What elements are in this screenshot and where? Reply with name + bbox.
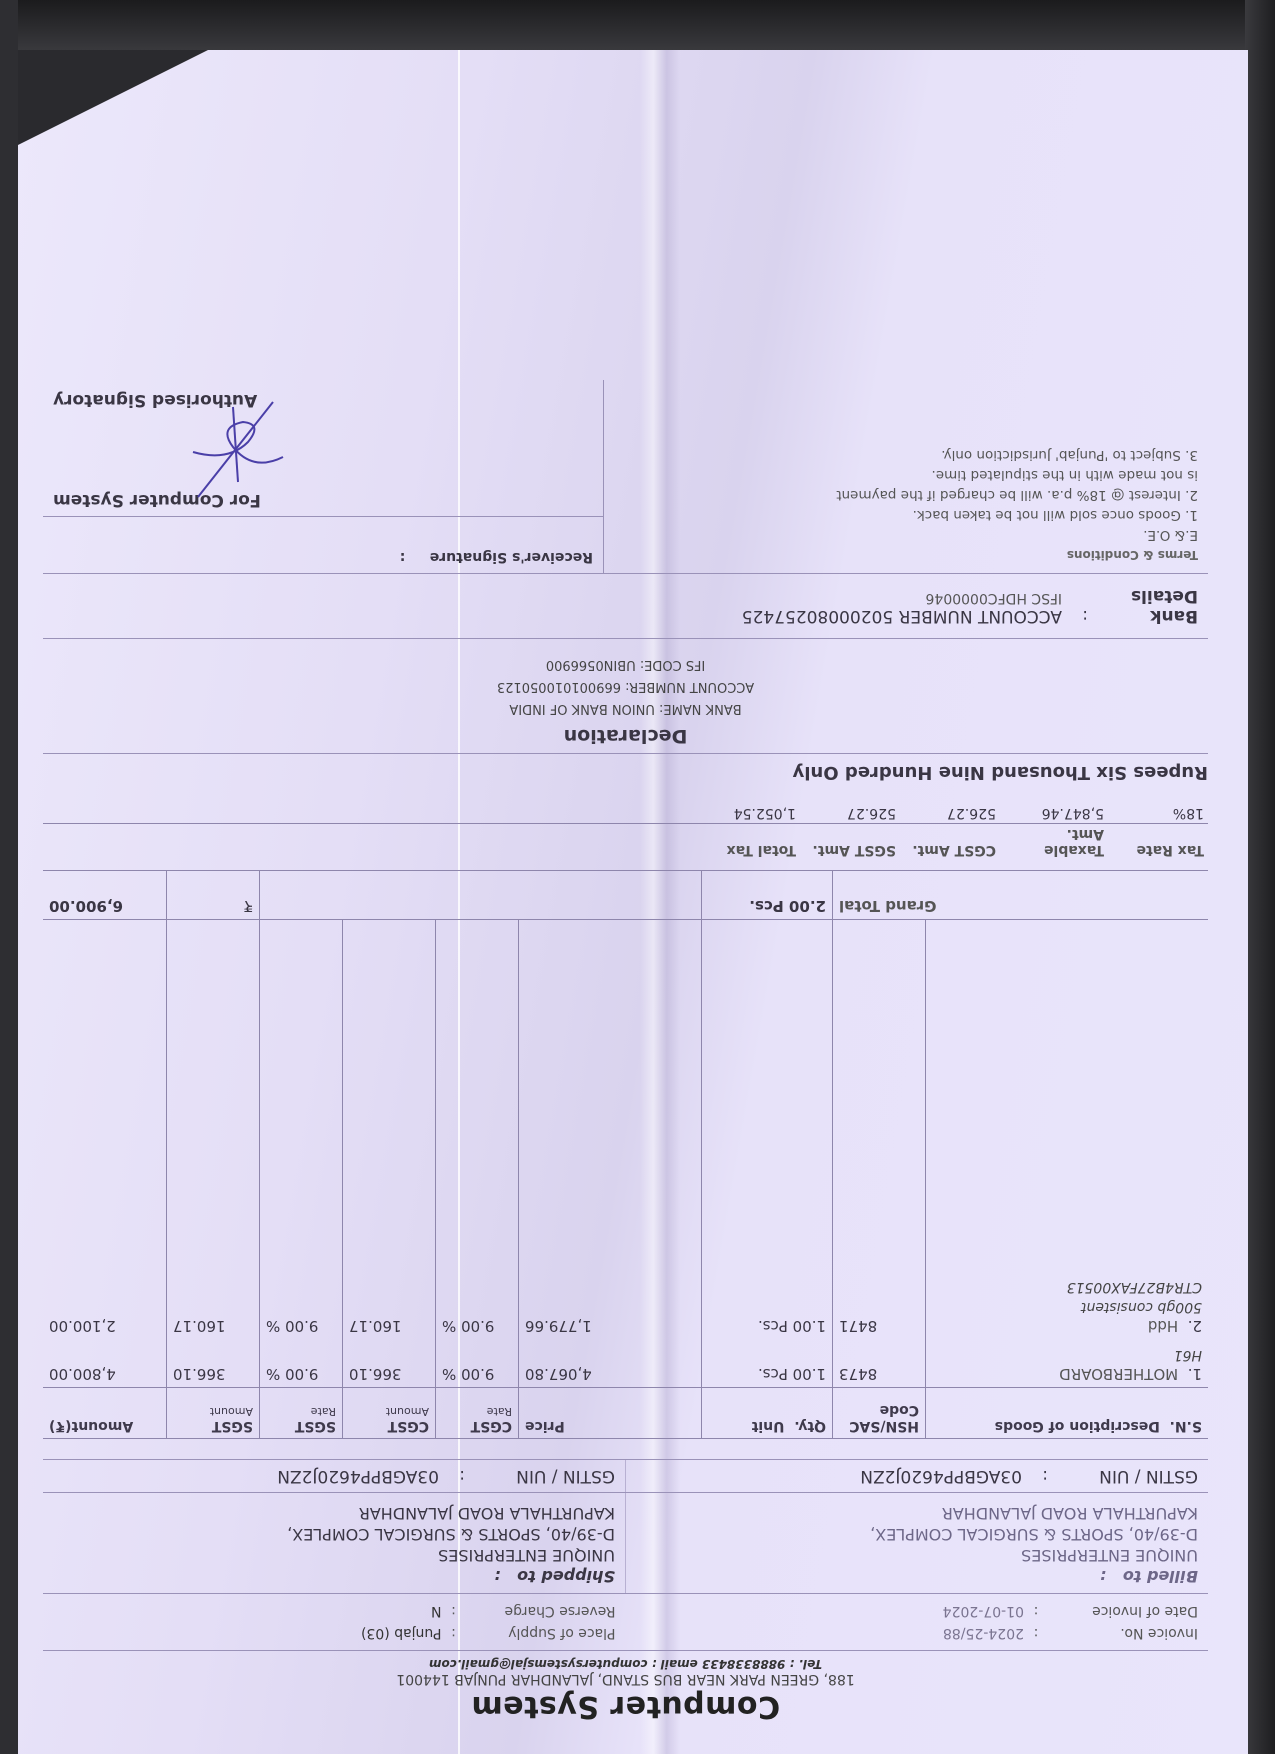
item-unit: Pcs.	[758, 1317, 788, 1335]
tax-invoice: Computer System 188, GREEN PARK NEAR BUS…	[43, 380, 1208, 1734]
company-name: Computer System	[43, 1689, 1208, 1724]
receiver-signature-label: Receiver's Signature	[430, 549, 593, 565]
rupee-icon: ₹	[167, 871, 260, 920]
meta-left: Invoice No.:2024-25/88 Date of Invoice:0…	[626, 1600, 1209, 1644]
grand-total-row: Grand Total 2.00 Pcs. ₹ 6,900.00	[43, 871, 1208, 920]
item-sgst-amount: 160.17	[167, 1273, 260, 1339]
col-cgst-rate: CGSTRate	[436, 1388, 519, 1439]
signature-area: Receiver's Signature : For Computer Syst…	[43, 380, 603, 573]
separator: :	[1024, 1622, 1048, 1644]
declaration: Declaration BANK NAME: UNION BANK OF IND…	[43, 638, 1208, 753]
invoice-footer: Terms & Conditions E.& O.E. 1. Goods onc…	[43, 380, 1208, 573]
terms-line: is not made with in the stipulated time.	[614, 465, 1198, 485]
col-hsn-sub: Code	[880, 1402, 919, 1418]
col-sgst-rate-label: SGST	[295, 1418, 336, 1434]
col-amount-label: Amount(₹)	[49, 1418, 133, 1434]
gstin-value: 03AGBPP4620J2ZN	[277, 1466, 439, 1486]
invoice-meta: Invoice No.:2024-25/88 Date of Invoice:0…	[43, 1593, 1208, 1650]
invoice-number-label: Invoice No.	[1048, 1622, 1198, 1644]
item-cgst-rate: 9.00 %	[436, 1339, 519, 1388]
col-qty-unit: Qty. Unit	[702, 1388, 833, 1439]
item-qty: 1.00 Pcs.	[702, 1273, 833, 1339]
col-cgst-amount-label: CGST	[388, 1418, 429, 1434]
blank-cell	[43, 920, 167, 1274]
scanner-right-edge	[1245, 0, 1275, 1754]
total-tax-header: Total Tax	[700, 824, 800, 860]
col-amount: Amount(₹)	[43, 1388, 167, 1439]
item-name: Hdd	[1148, 1317, 1178, 1335]
item-cgst-amount: 366.10	[343, 1339, 436, 1388]
col-price-label: Price	[525, 1418, 565, 1434]
item-qty-value: 1.00	[793, 1317, 826, 1335]
item-cgst-rate: 9.00 %	[436, 1273, 519, 1339]
sgst-amount-value: 526.27	[800, 803, 900, 823]
item-detail: 500gb consistent	[932, 1297, 1202, 1317]
col-cgst-amount: CGSTAmount	[343, 1388, 436, 1439]
shipped-to-line: D-39/40, SPORTS & SURGICAL COMPLEX,	[53, 1524, 615, 1545]
reverse-charge-value: N	[431, 1600, 441, 1622]
invoice-number: Invoice No.:2024-25/88	[636, 1622, 1199, 1644]
item-unit: Pcs.	[758, 1365, 788, 1383]
item-sgst-rate: 9.00 %	[260, 1339, 343, 1388]
item-qty: 1.00 Pcs.	[702, 1339, 833, 1388]
declaration-ifs-code: IFS CODE: UBIN0566900	[43, 653, 1208, 675]
blank-cell	[260, 920, 343, 1274]
item-description: 1. MOTHERBOARD H61	[926, 1339, 1209, 1388]
col-desc-label: Description of Goods	[995, 1418, 1160, 1434]
col-hsn: HSN/SACCode	[833, 1388, 926, 1439]
invoice-date: Date of Invoice:01-07-2024	[636, 1600, 1199, 1622]
separator: :	[1062, 586, 1088, 626]
bank-details-values: ACCOUNT NUMBER 50200080257425 IFSC HDFC0…	[742, 586, 1062, 626]
tax-summary-row: 18% 5,847.46 526.27 526.27 1,052.54	[43, 803, 1208, 823]
terms-line: 2. Interest @ 18% p.a. will be charged i…	[614, 485, 1198, 505]
tax-rate-value: 18%	[1108, 803, 1208, 823]
invoice-number-value: 2024-25/88	[943, 1622, 1024, 1644]
blank-cell	[436, 920, 519, 1274]
separator: :	[1022, 1466, 1048, 1486]
grand-total-label: Grand Total	[833, 871, 1209, 920]
billed-to: Billed to : UNIQUE ENTERPRISES D-39/40, …	[626, 1493, 1208, 1593]
gstin-value: 03AGBPP4620J2ZN	[860, 1466, 1022, 1486]
col-description: S.N. Description of Goods	[926, 1388, 1209, 1439]
terms-and-conditions: Terms & Conditions E.& O.E. 1. Goods onc…	[603, 380, 1208, 573]
col-sgst-amount-sub: Amount	[173, 1405, 253, 1418]
grand-total-amount: 6,900.00	[43, 871, 167, 920]
torn-paper-corner	[18, 50, 208, 145]
party-details: Billed to : UNIQUE ENTERPRISES D-39/40, …	[43, 1492, 1208, 1593]
company-contact: Tel. : 9888338433 email : computersystem…	[43, 1657, 1208, 1671]
col-sn-label: S.N.	[1170, 1418, 1202, 1434]
item-qty-value: 1.00	[793, 1365, 826, 1383]
amount-in-words: Rupees Six Thousand Nine Hundred Only	[43, 753, 1208, 783]
place-of-supply: Place of Supply:Punjab (03)	[53, 1622, 616, 1644]
col-price: Price	[519, 1388, 702, 1439]
gstin-label: GSTIN / UIN	[1048, 1466, 1198, 1486]
cgst-amount-header: CGST Amt.	[900, 824, 1000, 860]
col-sgst-rate-sub: Rate	[266, 1405, 336, 1418]
invoice-date-value: 01-07-2024	[943, 1600, 1024, 1622]
table-blank-space	[43, 920, 1208, 1274]
separator: :	[400, 549, 406, 565]
table-row: 1. MOTHERBOARD H61 8473 1.00 Pcs. 4,067.…	[43, 1339, 1208, 1388]
col-sgst-rate: SGSTRate	[260, 1388, 343, 1439]
bank-details-label: Bank Details	[1088, 586, 1198, 626]
bank-ifsc: IFSC HDFC0000046	[742, 590, 1062, 606]
col-sgst-amount: SGSTAmount	[167, 1388, 260, 1439]
col-qty-label: Qty.	[794, 1418, 826, 1434]
separator: :	[1024, 1600, 1048, 1622]
taxable-amount-value: 5,847.46	[1000, 803, 1108, 823]
table-row: 2. Hdd 500gb consistent CTR4B27FAX00513 …	[43, 1273, 1208, 1339]
shipped-to: Shipped to : UNIQUE ENTERPRISES D-39/40,…	[43, 1493, 626, 1593]
item-name: MOTHERBOARD	[1059, 1365, 1178, 1383]
grand-total-qty: 2.00 Pcs.	[702, 871, 833, 920]
col-hsn-label: HSN/SAC	[849, 1418, 919, 1434]
billed-gstin: GSTIN / UIN:03AGBPP4620J2ZN	[626, 1460, 1208, 1492]
invoice-date-label: Date of Invoice	[1048, 1600, 1198, 1622]
blank-cell	[926, 920, 1209, 1274]
company-address: 188, GREEN PARK NEAR BUS STAND, JALANDHA…	[43, 1671, 1208, 1687]
tax-summary: Tax Rate Taxable Amt. CGST Amt. SGST Amt…	[43, 803, 1208, 860]
item-sgst-rate: 9.00 %	[260, 1273, 343, 1339]
terms-line: 1. Goods once sold will not be taken bac…	[614, 505, 1198, 525]
shipped-to-line: UNIQUE ENTERPRISES	[53, 1545, 615, 1566]
declaration-bank-name: BANK NAME: UNION BANK OF INDIA	[43, 697, 1208, 719]
item-sn: 2.	[1188, 1317, 1202, 1335]
scanner-top-edge	[0, 0, 1275, 52]
bank-account-number: ACCOUNT NUMBER 50200080257425	[742, 606, 1062, 626]
col-sgst-amount-label: SGST	[212, 1418, 253, 1434]
blank-cell	[343, 920, 436, 1274]
cgst-amount-value: 526.27	[900, 803, 1000, 823]
blank-cell	[702, 920, 833, 1274]
reverse-charge-label: Reverse Charge	[466, 1600, 616, 1622]
sgst-amount-header: SGST Amt.	[800, 824, 900, 860]
place-of-supply-value: Punjab (03)	[361, 1622, 442, 1644]
item-price: 1,779.66	[519, 1273, 702, 1339]
taxable-amount-header: Taxable Amt.	[1000, 824, 1108, 860]
item-sgst-amount: 366.10	[167, 1339, 260, 1388]
blank-cell	[519, 920, 702, 1274]
shipped-to-title-text: Shipped to	[517, 1567, 615, 1586]
reverse-charge: Reverse Charge:N	[53, 1600, 616, 1622]
terms-title: Terms & Conditions	[614, 545, 1198, 565]
billed-to-title: Billed to :	[636, 1566, 1198, 1587]
declaration-title: Declaration	[43, 725, 1208, 747]
item-amount: 4,800.00	[43, 1339, 167, 1388]
item-detail: H61	[932, 1345, 1202, 1365]
item-description: 2. Hdd 500gb consistent CTR4B27FAX00513	[926, 1273, 1209, 1339]
shipped-to-title: Shipped to :	[53, 1566, 615, 1587]
scanner-left-edge	[0, 0, 18, 1754]
separator: :	[442, 1622, 466, 1644]
total-tax-value: 1,052.54	[700, 803, 800, 823]
billed-to-line: D-39/40, SPORTS & SURGICAL COMPLEX,	[636, 1524, 1198, 1545]
authorised-signatory: For Computer System Authorised Signatory	[43, 380, 603, 516]
gstin-row: GSTIN / UIN:03AGBPP4620J2ZN GSTIN / UIN:…	[43, 1459, 1208, 1492]
terms-line: E.& O.E.	[614, 525, 1198, 545]
col-cgst-amount-sub: Amount	[349, 1405, 429, 1418]
item-amount: 2,100.00	[43, 1273, 167, 1339]
billed-to-line: KAPURTHALA ROAD JALANDHAR	[636, 1503, 1198, 1524]
invoice-paper: Computer System 188, GREEN PARK NEAR BUS…	[18, 50, 1248, 1754]
item-hsn: 8473	[833, 1339, 926, 1388]
shipped-to-line: KAPURTHALA ROAD JALANDHAR	[53, 1503, 615, 1524]
tax-rate-header: Tax Rate	[1108, 824, 1208, 860]
place-of-supply-label: Place of Supply	[466, 1622, 616, 1644]
item-serial: CTR4B27FAX00513	[932, 1277, 1202, 1297]
blank-cell	[167, 920, 260, 1274]
col-cgst-rate-label: CGST	[471, 1418, 512, 1434]
declaration-account-number: ACCOUNT NUMBER: 669001010050123	[43, 675, 1208, 697]
item-price: 4,067.80	[519, 1339, 702, 1388]
col-cgst-rate-sub: Rate	[442, 1405, 512, 1418]
blank-cell	[833, 920, 926, 1274]
tax-summary-header: Tax Rate Taxable Amt. CGST Amt. SGST Amt…	[43, 823, 1208, 860]
blank-cell	[260, 871, 702, 920]
terms-line: 3. Subject to 'Punjab' Jurisdiction only…	[614, 445, 1198, 465]
item-sn: 1.	[1188, 1365, 1202, 1383]
separator: :	[442, 1600, 466, 1622]
meta-right: Place of Supply:Punjab (03) Reverse Char…	[43, 1600, 626, 1644]
authorised-signatory-label: Authorised Signatory	[53, 390, 257, 410]
item-cgst-amount: 160.17	[343, 1273, 436, 1339]
items-header-row: S.N. Description of Goods HSN/SACCode Qt…	[43, 1388, 1208, 1439]
bank-details: Bank Details : ACCOUNT NUMBER 5020008025…	[43, 573, 1208, 638]
rotated-invoice-sheet: Computer System 188, GREEN PARK NEAR BUS…	[18, 50, 1248, 1754]
gstin-label: GSTIN / UIN	[465, 1466, 615, 1486]
items-table: S.N. Description of Goods HSN/SACCode Qt…	[43, 870, 1208, 1439]
billed-to-line: UNIQUE ENTERPRISES	[636, 1545, 1198, 1566]
item-hsn: 8471	[833, 1273, 926, 1339]
invoice-header: Computer System 188, GREEN PARK NEAR BUS…	[43, 1650, 1208, 1734]
receiver-signature: Receiver's Signature :	[43, 516, 603, 573]
col-unit-label: Unit	[752, 1418, 785, 1434]
billed-to-title-text: Billed to	[1123, 1567, 1198, 1586]
shipped-gstin: GSTIN / UIN:03AGBPP4620J2ZN	[43, 1460, 626, 1492]
separator: :	[439, 1466, 465, 1486]
